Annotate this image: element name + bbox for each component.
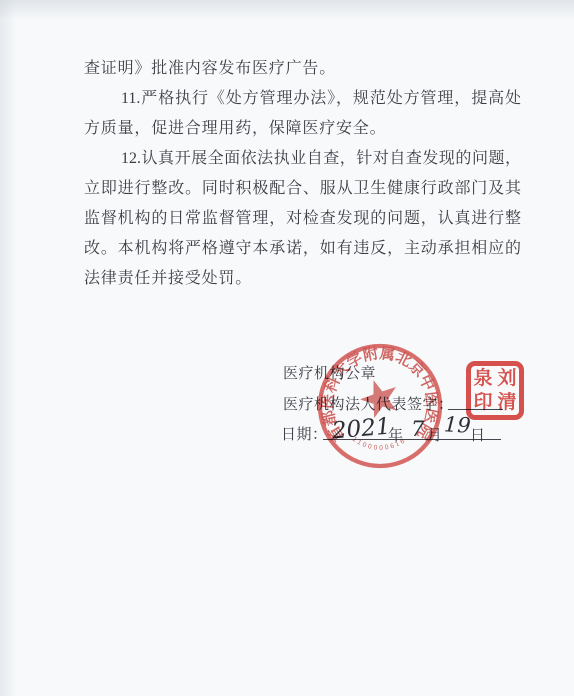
personal-name-seal: 泉 刘 印 清 [466, 361, 524, 420]
seal-char: 泉 [471, 366, 495, 391]
body-line: 法律责任并接受处罚。 [84, 264, 521, 294]
svg-text:1100000616: 1100000616 [351, 436, 407, 452]
seal-registration-number: 1100000616 [351, 436, 407, 452]
paper-shadow-top [0, 0, 574, 20]
paper-shadow-left [0, 0, 16, 696]
body-line: 方质量，促进合理用药，保障医疗安全。 [84, 114, 521, 144]
star-icon [359, 379, 398, 419]
seal-char: 清 [495, 391, 519, 416]
body-line: 监督机构的日常监督管理，对检查发现的问题，认真进行整 [84, 204, 521, 234]
body-line: 11.严格执行《处方管理办法》，规范处方管理，提高处 [84, 84, 521, 114]
body-line: 立即进行整改。同时积极配合、服从卫生健康行政部门及其 [84, 174, 521, 204]
body-line: 查证明》批准内容发布医疗广告。 [84, 54, 521, 84]
seal-char: 刘 [495, 366, 519, 391]
document-body: 查证明》批准内容发布医疗广告。 11.严格执行《处方管理办法》，规范处方管理，提… [84, 54, 521, 294]
day-unit-label: 日 [470, 424, 485, 445]
body-line: 改。本机构将严格遵守本承诺，如有违反，主动承担相应的 [84, 234, 521, 264]
official-round-seal: 首都医科大学附属北京中医医院 1100000616 [310, 336, 450, 476]
seal-char: 印 [471, 391, 495, 416]
body-line: 12.认真开展全面依法执业自查，针对自查发现的问题， [84, 144, 521, 174]
scanned-document-page: 查证明》批准内容发布医疗广告。 11.严格执行《处方管理办法》，规范处方管理，提… [0, 0, 574, 696]
